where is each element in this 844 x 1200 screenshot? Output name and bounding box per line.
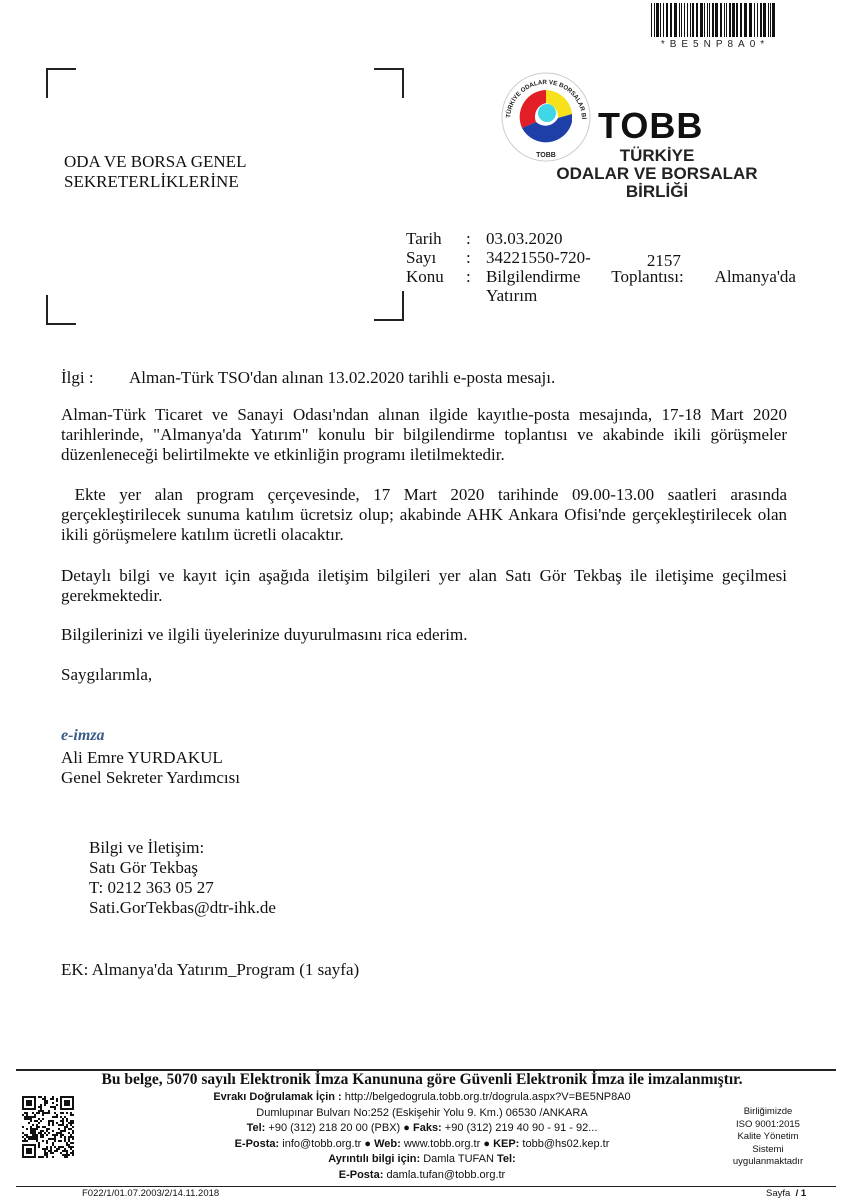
e-signature-statement: Bu belge, 5070 sayılı Elektronik İmza Ka… bbox=[0, 1071, 844, 1089]
logo-line: ODALAR VE BORSALAR bbox=[548, 165, 766, 183]
iso-line: ISO 9001:2015 bbox=[712, 1119, 824, 1132]
footer-web-link[interactable]: www.tobb.org.tr bbox=[404, 1138, 480, 1150]
barcode-text: *BE5NP8A0* bbox=[648, 39, 782, 50]
number-value: 34221550-720- bbox=[486, 248, 591, 267]
colon: : bbox=[466, 229, 486, 248]
number-label: Sayı bbox=[406, 248, 466, 267]
address-line: Dumlupınar Bulvarı No:252 (Eskişehir Yol… bbox=[200, 1106, 644, 1122]
colon: : bbox=[466, 267, 486, 305]
closing: Saygılarımla, bbox=[61, 665, 787, 685]
logo-acronym: TOBB bbox=[598, 106, 703, 146]
verify-url-link[interactable]: http://belgedogrula.tobb.org.tr/dogrula.… bbox=[345, 1091, 631, 1103]
logo-line: TÜRKİYE bbox=[548, 147, 766, 165]
detail-email-link[interactable]: damla.tufan@tobb.org.tr bbox=[386, 1169, 505, 1181]
meta-number-row: Sayı : 34221550-720-2157 bbox=[406, 248, 796, 267]
form-code: F022/1/01.07.2003/2/14.11.2018 bbox=[82, 1188, 219, 1199]
barcode bbox=[651, 3, 779, 37]
qr-code-icon bbox=[22, 1096, 74, 1158]
recipient-line: SEKRETERLİKLERİNE bbox=[64, 172, 246, 192]
paragraph: Bilgilerinizi ve ilgili üyelerinize duyu… bbox=[61, 625, 787, 645]
iso-line: Kalite Yönetim bbox=[712, 1131, 824, 1144]
contact-block: Bilgi ve İletişim: Satı Gör Tekbaş T: 02… bbox=[89, 838, 276, 918]
recipient-address: ODA VE BORSA GENEL SEKRETERLİKLERİNE bbox=[64, 152, 246, 192]
signer-title: Genel Sekreter Yardımcısı bbox=[61, 768, 240, 788]
signature-block: Ali Emre YURDAKUL Genel Sekreter Yardımc… bbox=[61, 748, 240, 788]
contact-heading: Bilgi ve İletişim: bbox=[89, 838, 276, 858]
address-window-corner bbox=[374, 68, 404, 98]
paragraph: Ekte yer alan program çerçevesinde, 17 M… bbox=[61, 485, 787, 545]
colon: : bbox=[466, 248, 486, 267]
footer-email-link[interactable]: info@tobb.org.tr bbox=[282, 1138, 361, 1150]
footer-contact-info: Evrakı Doğrulamak İçin : http://belgedog… bbox=[200, 1090, 644, 1183]
e-signature-mark: e-imza bbox=[61, 727, 105, 745]
footer-kep-link[interactable]: tobb@hs02.kep.tr bbox=[522, 1138, 609, 1150]
recipient-line: ODA VE BORSA GENEL bbox=[64, 152, 246, 172]
document-meta: Tarih : 03.03.2020 Sayı : 34221550-720-2… bbox=[406, 229, 796, 305]
logo-line: BİRLİĞİ bbox=[548, 183, 766, 201]
page-number: Sayfa / 1 bbox=[766, 1188, 806, 1199]
iso-line: Birliğimizde bbox=[712, 1106, 824, 1119]
phone-fax-line: Tel: +90 (312) 218 20 00 (PBX) ● Faks: +… bbox=[200, 1121, 644, 1137]
contact-phone: T: 0212 363 05 27 bbox=[89, 878, 276, 898]
iso-line: Sistemi bbox=[712, 1144, 824, 1157]
iso-line: uygulanmaktadır bbox=[712, 1156, 824, 1169]
email-web-line: E-Posta: info@tobb.org.tr ● Web: www.tob… bbox=[200, 1137, 644, 1153]
contact-name: Satı Gör Tekbaş bbox=[89, 858, 276, 878]
detail-email-line: E-Posta: damla.tufan@tobb.org.tr bbox=[200, 1168, 644, 1184]
bottom-divider bbox=[16, 1186, 836, 1187]
address-window-corner bbox=[46, 68, 76, 98]
number-suffix: 2157 bbox=[647, 251, 681, 270]
verify-line: Evrakı Doğrulamak İçin : http://belgedog… bbox=[200, 1090, 644, 1106]
date-label: Tarih bbox=[406, 229, 466, 248]
subject-word: Bilgilendirme bbox=[486, 267, 580, 286]
iso-certification-note: Birliğimizde ISO 9001:2015 Kalite Yöneti… bbox=[712, 1106, 824, 1169]
detail-contact-line: Ayrıntılı bilgi için: Damla TUFAN Tel: bbox=[200, 1152, 644, 1168]
address-window-corner bbox=[374, 291, 404, 321]
date-value: 03.03.2020 bbox=[486, 229, 796, 248]
meta-subject-row: Konu : Bilgilendirme Toplantısı: Almanya… bbox=[406, 267, 796, 305]
subject-word: Almanya'da bbox=[715, 267, 796, 286]
subject-label: Konu bbox=[406, 267, 466, 305]
reference-label: İlgi : bbox=[61, 368, 129, 388]
subject-line2: Yatırım bbox=[486, 286, 537, 305]
address-window-corner bbox=[46, 295, 76, 325]
logo-organization-name: TÜRKİYE ODALAR VE BORSALAR BİRLİĞİ bbox=[548, 147, 766, 201]
paragraph: Detaylı bilgi ve kayıt için aşağıda ilet… bbox=[61, 566, 787, 606]
reference-text: Alman-Türk TSO'dan alınan 13.02.2020 tar… bbox=[129, 368, 555, 388]
reference: İlgi : Alman-Türk TSO'dan alınan 13.02.2… bbox=[61, 368, 555, 388]
contact-email[interactable]: Sati.GorTekbas@dtr-ihk.de bbox=[89, 898, 276, 918]
paragraph: Alman-Türk Ticaret ve Sanayi Odası'ndan … bbox=[61, 405, 787, 465]
signer-name: Ali Emre YURDAKUL bbox=[61, 748, 240, 768]
attachment-note: EK: Almanya'da Yatırım_Program (1 sayfa) bbox=[61, 960, 359, 980]
meta-date-row: Tarih : 03.03.2020 bbox=[406, 229, 796, 248]
